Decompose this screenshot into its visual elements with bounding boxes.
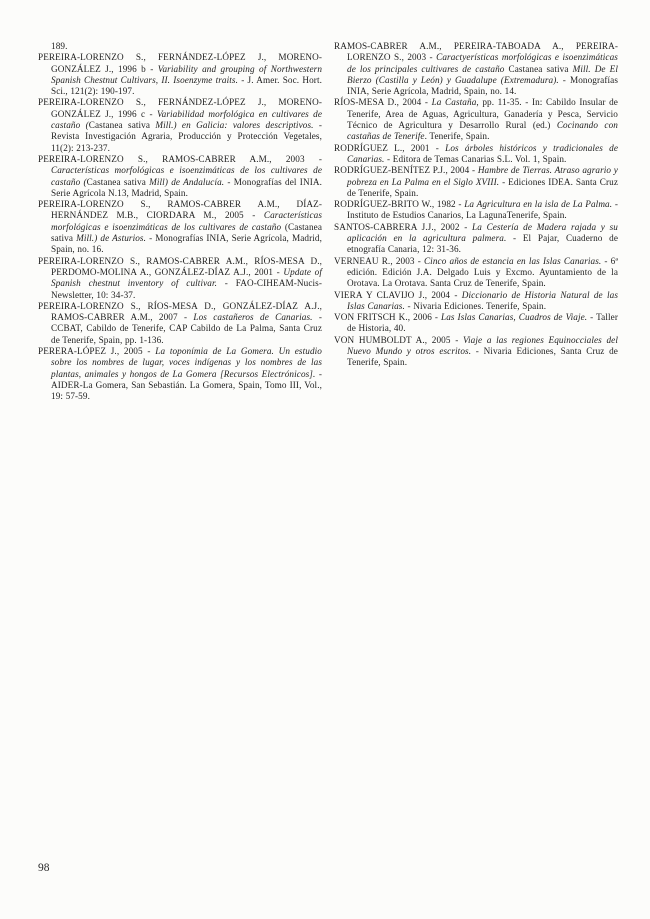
reference-entry: RODRÍGUEZ-BRITO W., 1982 - La Agricultur… [334,199,618,222]
reference-entry: PEREIRA-LORENZO S., FERNÁNDEZ-LÓPEZ J., … [38,52,322,97]
reference-entry: VIERA Y CLAVIJO J., 2004 - Diccionario d… [334,290,618,313]
references-column-right: RAMOS-CABRER A.M., PEREIRA-TABOADA A., P… [334,41,618,403]
reference-entry: RODRÍGUEZ-BENÍTEZ P.J., 2004 - Hambre de… [334,165,618,199]
reference-entry: PEREIRA-LORENZO S., FERNÁNDEZ-LÓPEZ J., … [38,97,322,153]
page-number: 98 [38,862,50,874]
reference-text-segment: Castanea sativa [509,64,573,74]
reference-text-segment: PEREIRA-LORENZO S., RAMOS-CABRER A.M., R… [38,256,322,277]
reference-continuation: 189. [38,41,322,52]
reference-entry: VON HUMBOLDT A., 2005 - Viaje a las regi… [334,335,618,369]
reference-entry: RODRÍGUEZ L., 2001 - Los árboles históri… [334,143,618,166]
reference-text-segment: RODRÍGUEZ-BENÍTEZ P.J., 2004 - [334,165,478,175]
references-column-left: 189.PEREIRA-LORENZO S., FERNÁNDEZ-LÓPEZ … [38,41,322,403]
reference-text-segment: RODRÍGUEZ-BRITO W., 1982 - [334,199,464,209]
reference-entry: PEREIRA-LORENZO S., RAMOS-CABRER A.M., 2… [38,154,322,199]
document-page: 189.PEREIRA-LORENZO S., FERNÁNDEZ-LÓPEZ … [0,0,650,919]
reference-entry: PEREIRA-LORENZO S., RÍOS-MESA D., GONZÁL… [38,301,322,346]
reference-text-segment: PEREIRA-LORENZO S., RAMOS-CABRER A.M., 2… [38,154,322,164]
reference-entry: RAMOS-CABRER A.M., PEREIRA-TABOADA A., P… [334,41,618,97]
reference-title-segment: La Agricultura en la isla de La Palma. [464,199,612,209]
reference-title-segment: Mill) de Andalucía. [149,177,224,187]
reference-entry: VON FRITSCH K., 2006 - Las Islas Canaria… [334,312,618,335]
reference-text-segment: - Editora de Temas Canarias S.L. Vol. 1,… [384,154,566,164]
reference-entry: PERERA-LÓPEZ J., 2005 - La toponímia de … [38,346,322,402]
references-columns: 189.PEREIRA-LORENZO S., FERNÁNDEZ-LÓPEZ … [38,41,618,403]
reference-entry: RÍOS-MESA D., 2004 - La Castaña, pp. 11-… [334,97,618,142]
reference-text-segment: . Tenerife, Spain. [425,131,490,141]
reference-text-segment: Castanea sativa [87,177,149,187]
reference-title-segment: Cinco años de estancia en las Islas Cana… [424,256,601,266]
reference-text-segment: RODRÍGUEZ L., 2001 - [334,143,445,153]
reference-title-segment: Mill.) de Asturios. [76,233,146,243]
reference-entry: PEREIRA-LORENZO S., RAMOS-CABRER A.M., R… [38,256,322,301]
reference-text-segment: VON FRITSCH K., 2006 - [334,312,441,322]
reference-entry: VERNEAU R., 2003 - Cinco años de estanci… [334,256,618,290]
reference-entry: PEREIRA-LORENZO S., RAMOS-CABRER A.M., D… [38,199,322,255]
reference-text-segment: SANTOS-CABRERA J.J., 2002 - [334,222,472,232]
reference-text-segment: - Nivaria Ediciones. Tenerife, Spain. [405,301,546,311]
reference-title-segment: Mill.) en Galicia: valores descriptivos. [155,120,313,130]
reference-text-segment: Castanea sativa [89,120,156,130]
reference-title-segment: La Castaña [432,97,477,107]
reference-text-segment: VON HUMBOLDT A., 2005 - [334,335,463,345]
reference-title-segment: Los castañeros de Canarias. [193,312,312,322]
reference-text-segment: PERERA-LÓPEZ J., 2005 - [38,346,155,356]
reference-text-segment: 189. [51,41,67,51]
reference-text-segment: VERNEAU R., 2003 - [334,256,424,266]
reference-title-segment: Las Islas Canarias, Cuadros de Viaje. [441,312,587,322]
reference-entry: SANTOS-CABRERA J.J., 2002 - La Cestería … [334,222,618,256]
reference-text-segment: RÍOS-MESA D., 2004 - [334,97,432,107]
reference-text-segment: VIERA Y CLAVIJO J., 2004 - [334,290,462,300]
